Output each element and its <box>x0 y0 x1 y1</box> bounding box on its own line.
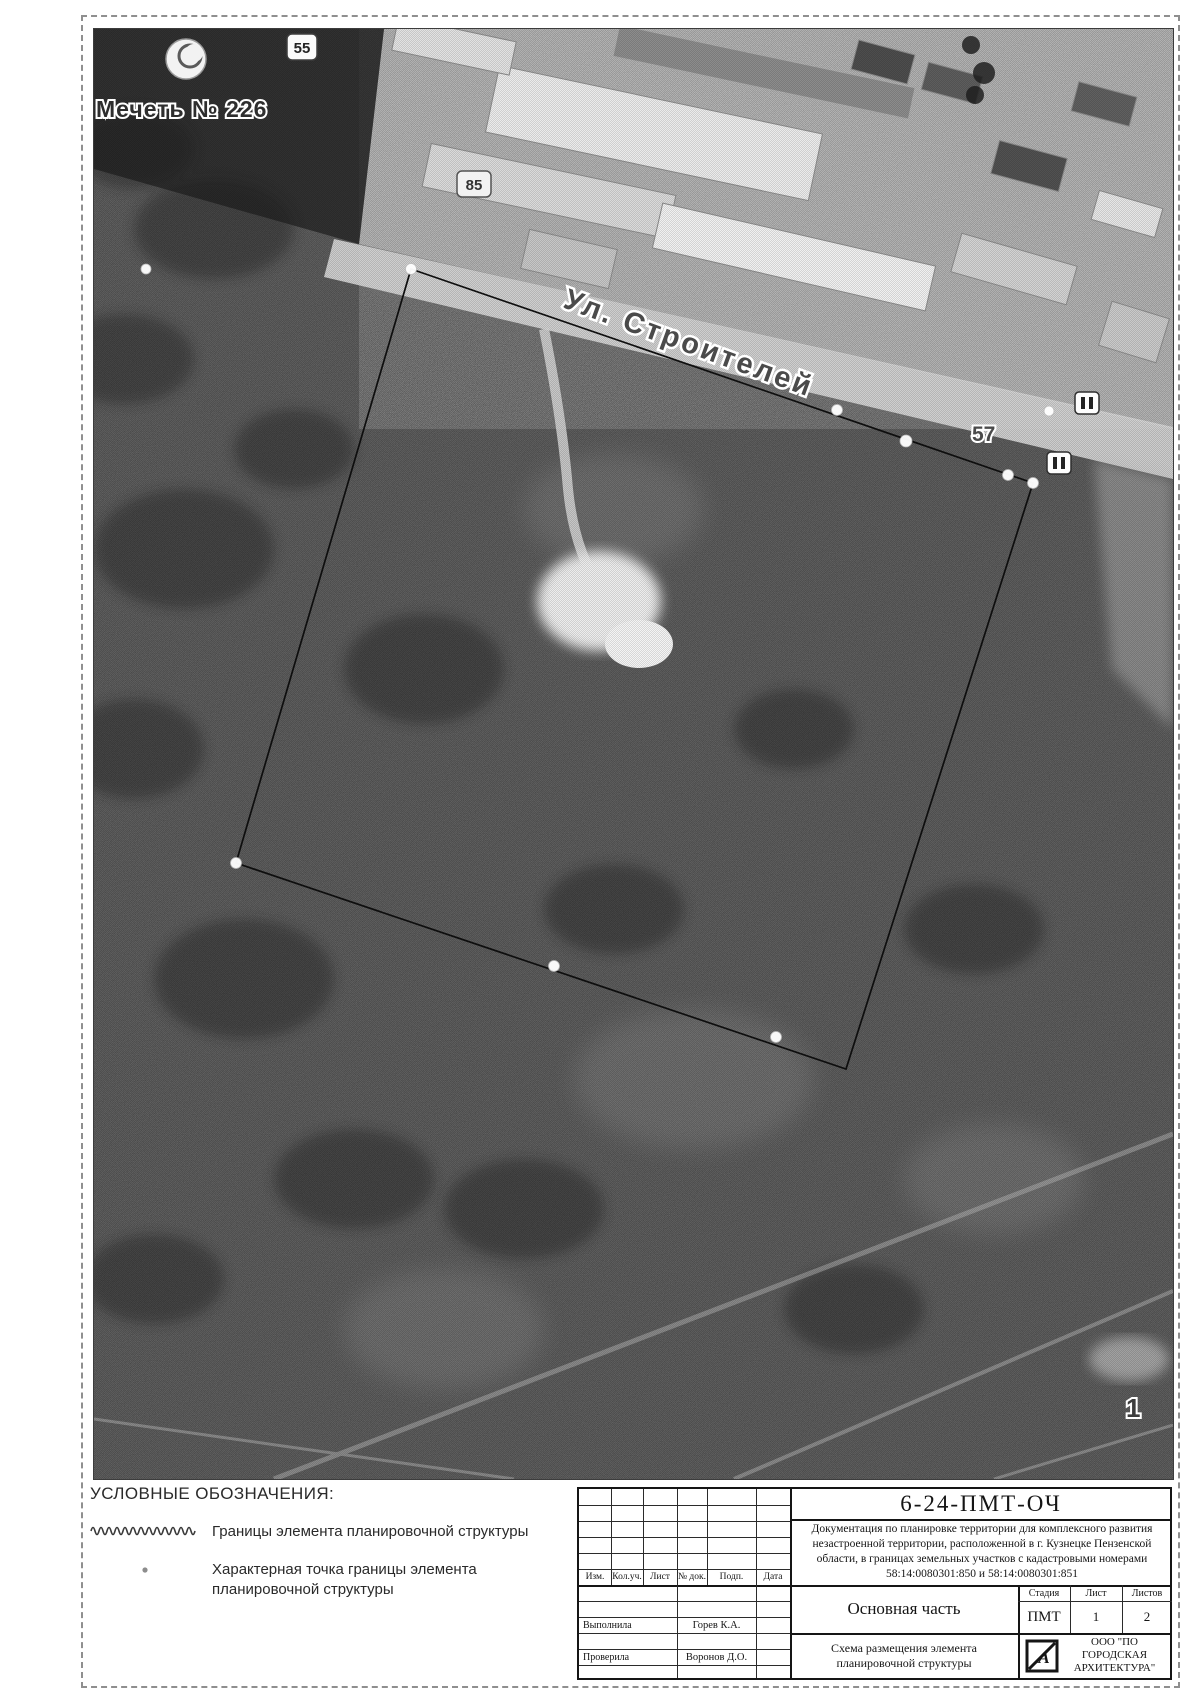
tb-stage-value: ПМТ <box>1018 1601 1070 1633</box>
legend-item-boundary: Границы элемента планировочной структуры <box>90 1522 560 1542</box>
tb-col-ndok: № док. <box>677 1569 707 1585</box>
badge-55: 55 <box>287 34 317 60</box>
tb-sheet-name: Схема размещения элемента планировочной … <box>790 1633 1018 1678</box>
point-1-label: 1 <box>1126 1393 1140 1423</box>
tb-sheets-value: 2 <box>1122 1601 1172 1633</box>
company-logo-icon: А <box>1025 1639 1059 1673</box>
mosque-icon <box>166 39 206 79</box>
tb-sheet-value: 1 <box>1070 1601 1122 1633</box>
tb-col-izm: Изм. <box>579 1569 611 1585</box>
legend-item-label: Характерная точка границы элемента плани… <box>212 1560 542 1600</box>
svg-text:55: 55 <box>294 40 311 57</box>
tb-name-checked: Воронов Д.О. <box>677 1649 756 1665</box>
point-dot <box>771 1032 782 1043</box>
tb-col-data: Дата <box>756 1569 790 1585</box>
tb-sheet-label: Лист <box>1070 1585 1122 1601</box>
point-dot <box>231 858 242 869</box>
legend-item-label: Границы элемента планировочной структуры <box>212 1522 528 1542</box>
house-57-label: 57 <box>972 423 995 446</box>
poi-badge-2 <box>1047 452 1071 474</box>
tb-line <box>579 1665 790 1666</box>
tb-line <box>579 1601 790 1602</box>
boundary-wavy-line-icon <box>90 1522 212 1536</box>
legend-title: УСЛОВНЫЕ ОБОЗНАЧЕНИЯ: <box>90 1484 560 1504</box>
point-dot <box>832 405 843 416</box>
satellite-map: 55 85 Мечеть № 226 Ул. Строителей 57 1 <box>93 28 1174 1480</box>
scanned-planning-document: { "page": { "kind": "Схема размещения эл… <box>0 0 1200 1698</box>
svg-text:85: 85 <box>466 177 483 194</box>
tb-document-description: Документация по планировке территории дл… <box>792 1520 1172 1584</box>
company-name: ООО "ПО ГОРОДСКАЯ АРХИТЕКТУРА" <box>1059 1636 1172 1676</box>
tb-name-performed: Горев К.А. <box>677 1617 756 1633</box>
tb-document-code: 6-24-ПМТ-ОЧ <box>790 1489 1172 1519</box>
legend: УСЛОВНЫЕ ОБОЗНАЧЕНИЯ: Границы элемента п… <box>90 1484 560 1599</box>
tb-section-title: Основная часть <box>790 1585 1018 1633</box>
poi-badge-1 <box>1075 392 1099 414</box>
point-dot <box>549 961 560 972</box>
point-dot <box>900 435 912 447</box>
svg-text:А: А <box>1037 1648 1049 1667</box>
tb-stage-label: Стадия <box>1018 1585 1070 1601</box>
point-dot <box>406 264 417 275</box>
tb-company-cell: А ООО "ПО ГОРОДСКАЯ АРХИТЕКТУРА" <box>1018 1633 1172 1678</box>
title-block: Изм. Кол.уч. Лист № док. Подп. Дата Выпо… <box>577 1487 1172 1680</box>
point-dot <box>1028 478 1039 489</box>
characteristic-point-icon <box>90 1560 212 1574</box>
point-dot <box>1003 470 1014 481</box>
tb-role-checked: Проверила <box>579 1649 677 1665</box>
tb-col-podp: Подп. <box>707 1569 756 1585</box>
halftone-overlay <box>94 29 1173 1479</box>
tb-col-list: Лист <box>643 1569 677 1585</box>
point-dot <box>141 264 151 274</box>
legend-item-point: Характерная точка границы элемента плани… <box>90 1560 560 1600</box>
tb-role-performed: Выполнила <box>579 1617 677 1633</box>
badge-85: 85 <box>457 171 491 197</box>
mosque-label: Мечеть № 226 <box>96 96 267 122</box>
tb-col-koluch: Кол.уч. <box>611 1569 643 1585</box>
satellite-map-canvas: 55 85 Мечеть № 226 Ул. Строителей 57 1 <box>94 29 1173 1479</box>
tb-line <box>579 1633 790 1634</box>
point-dot <box>1044 406 1054 416</box>
tb-sheets-label: Листов <box>1122 1585 1172 1601</box>
